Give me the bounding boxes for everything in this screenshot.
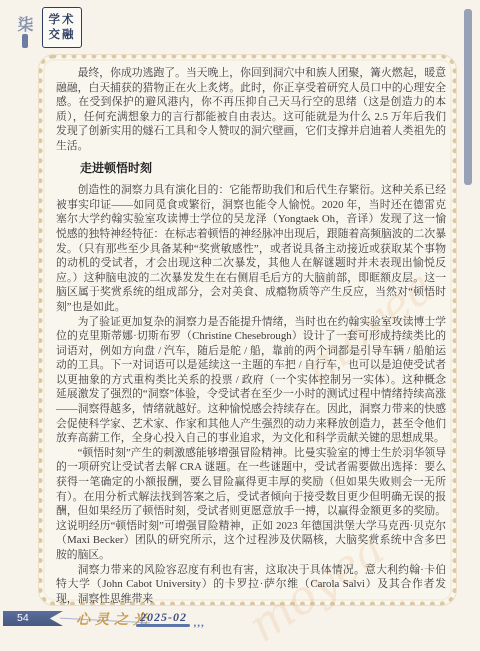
article-paragraph: “顿悟时刻”产生的刺激感能够增强冒险精神。比曼实验室的博士生於羽华领导的一项研究…: [56, 446, 446, 563]
lead-paragraph: 最终，你成功逃跑了。当天晚上，你回到洞穴中和族人团聚，篝火燃起，暖意融融，白天捕…: [56, 66, 446, 154]
badge-line2: 交融: [47, 28, 77, 43]
chapter-marker-bar: [22, 34, 28, 48]
article-paragraph: 洞察力带来的风险容忍度有利也有害，这取决于具体情况。意大利约翰·卡伯特大学（Jo…: [56, 563, 446, 607]
article-body: 最终，你成功逃跑了。当天晚上，你回到洞穴中和族人团聚，篝火燃起，暖意融融，白天捕…: [56, 66, 446, 606]
page-number-ribbon: 54: [3, 611, 63, 626]
article-paragraph: 为了验证更加复杂的洞察力是否能提升情绪，当时也在约翰实验室攻读博士学位的克里斯蒂…: [56, 315, 446, 446]
issue-underline: [136, 624, 190, 627]
right-edge-bar: [464, 9, 472, 185]
article-paragraph: 创造性的洞察力具有演化目的：它能帮助我们和后代生存繁衍。这种关系已经被事实印证—…: [56, 183, 446, 314]
chapter-marker: 柒: [16, 12, 36, 35]
footer-flourish: ,,,: [194, 617, 205, 629]
academic-badge: 学术 交融: [42, 7, 82, 48]
issue-number: 2025-02: [140, 610, 187, 625]
section-heading: 走进顿悟时刻: [56, 161, 446, 176]
badge-line1: 学术: [47, 13, 77, 28]
